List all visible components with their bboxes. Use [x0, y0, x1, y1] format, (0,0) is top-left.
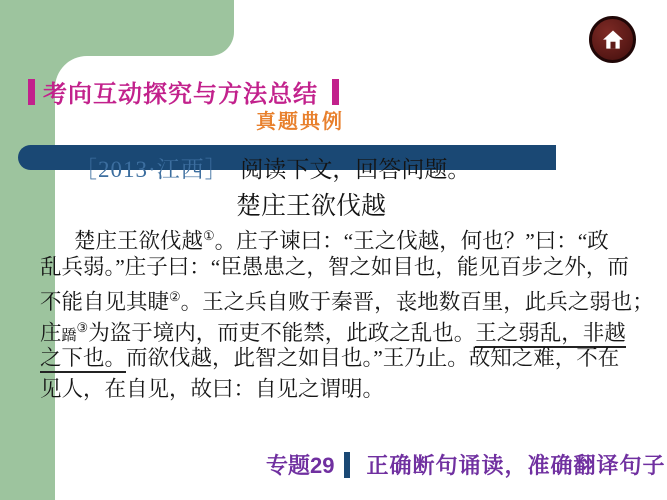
passage-text: 不能自见其睫: [40, 290, 169, 314]
passage-text: 。王之兵自败于秦晋，: [181, 290, 396, 314]
passage-body: 楚庄王欲伐越①。庄子谏曰：“王之伐越，何也？”曰：“政 乱兵弱。”庄子曰：“臣愚…: [40, 221, 654, 404]
passage-text: 见人，在自见，故曰：自见之谓: [40, 377, 341, 401]
footer-topic: 专题29: [266, 449, 334, 480]
home-button[interactable]: [589, 16, 636, 63]
underlined-phrase: 之下也。: [40, 346, 126, 373]
subsection-title: 真题典例: [180, 105, 420, 134]
passage-title: 楚庄王欲伐越: [20, 186, 602, 222]
section-header: 考向互动探究与方法总结: [28, 74, 339, 109]
emphasized-char: 明: [341, 377, 363, 401]
footnote-marker: ③: [77, 320, 89, 335]
passage-line: 楚庄王欲伐越①。庄子谏曰：“王之伐越，何也？”曰：“政: [40, 221, 654, 252]
source-instruction: 阅读下文，回答问题。: [240, 157, 470, 182]
passage-text: 庄: [40, 321, 62, 345]
passage-text: 为盗于境内，而吏不能禁，此政之乱也。: [88, 321, 475, 345]
slide: 考向互动探究与方法总结 真题典例 ［2013·江西］ 阅读下文，回答问题。 楚庄…: [0, 0, 667, 500]
header-bar-right-icon: [332, 79, 339, 105]
passage-text: 楚庄王欲伐越: [74, 229, 203, 253]
footnote-marker: ①: [203, 228, 215, 243]
section-title: 考向互动探究与方法总结: [43, 74, 318, 109]
footer: 专题29 正确断句诵读，准确翻译句子: [266, 449, 666, 480]
rare-character: 蹻: [62, 328, 77, 344]
footer-title: 正确断句诵读，准确翻译句子: [366, 449, 665, 480]
passage-text: 。: [363, 377, 385, 401]
passage-line: 之下也。而欲伐越，此智之如目也。”王乃止。故知之难，不在: [40, 343, 654, 374]
source-tag: ［2013·江西］: [74, 157, 229, 182]
emphasized-char: 丧: [396, 290, 418, 314]
home-icon: [600, 27, 626, 53]
passage-text: 而欲伐越，此智之如目也。”王乃止。故知之难，不在: [126, 346, 619, 370]
source-line: ［2013·江西］ 阅读下文，回答问题。: [74, 151, 470, 184]
passage-line: 见人，在自见，故曰：自见之谓明。: [40, 374, 654, 405]
passage-text: 。庄子谏曰：“王之伐越，何也？”曰：“政: [215, 229, 609, 253]
footnote-marker: ②: [169, 289, 181, 304]
passage-line: 不能自见其睫②。王之兵自败于秦晋，丧地数百里，此兵之弱也；: [40, 282, 654, 313]
passage-line: 乱兵弱。”庄子曰：“臣愚患之，智之如目也，能见百步之外，而: [40, 252, 654, 283]
footer-divider-icon: [344, 452, 350, 478]
passage-text: 乱兵弱。”庄子曰：“臣愚患之，智之如目也，能见百步之外，而: [40, 255, 629, 279]
passage-line: 庄蹻③为盗于境内，而吏不能禁，此政之乱也。王之弱乱，非越: [40, 313, 654, 344]
passage-text: 地数百里，此兵之弱也；: [417, 290, 654, 314]
header-bar-left-icon: [28, 79, 35, 105]
